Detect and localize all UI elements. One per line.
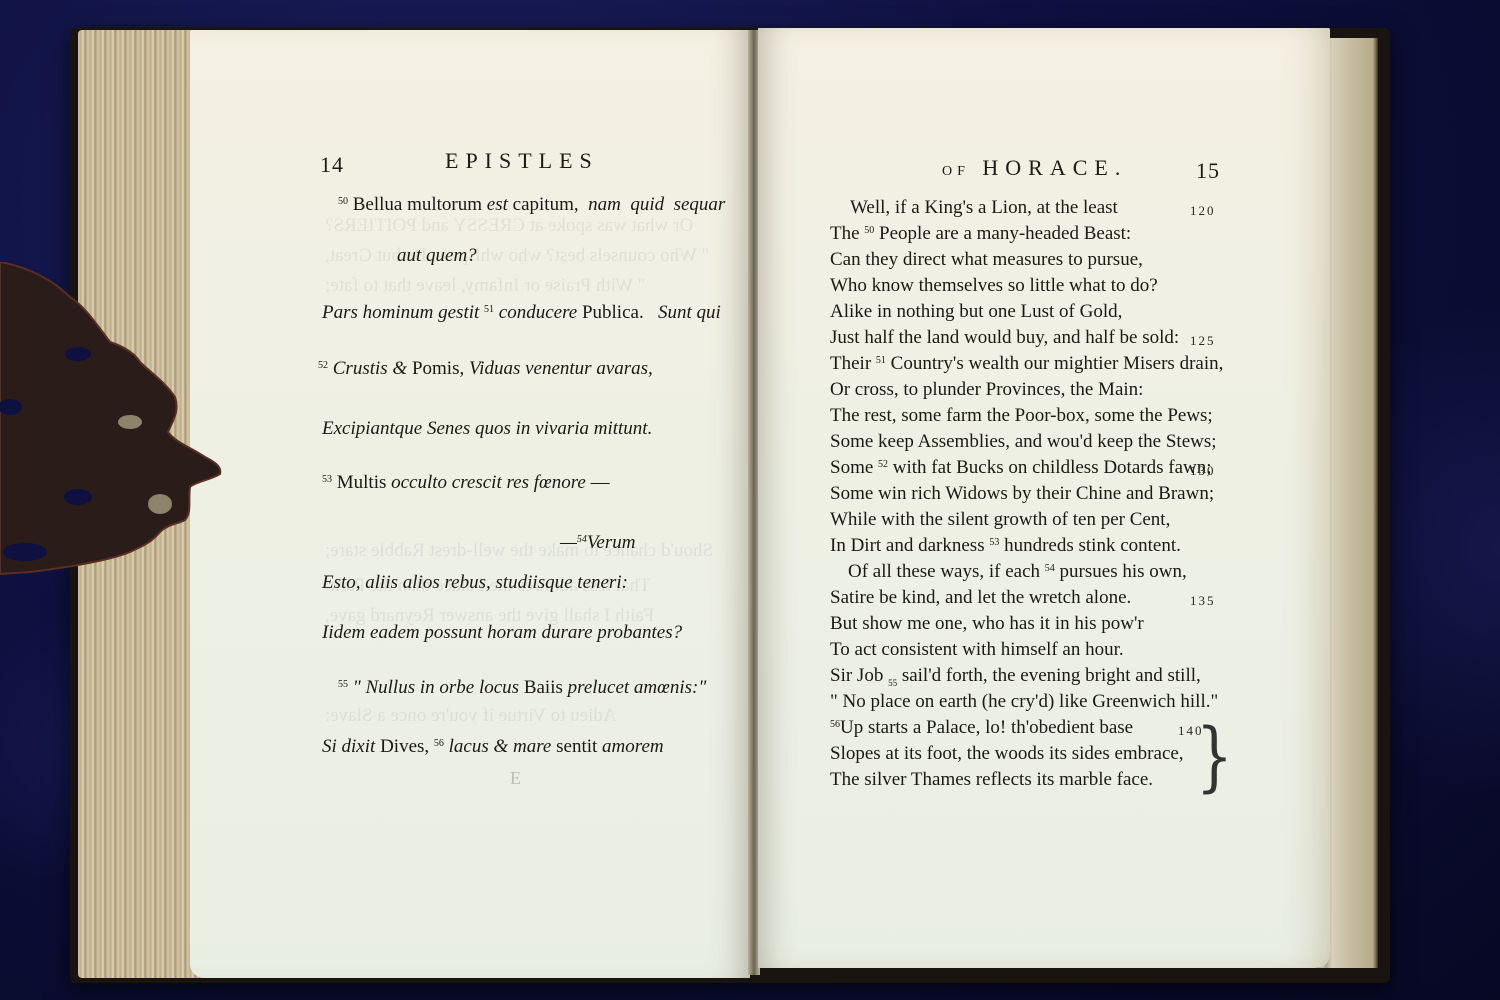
verse-line: Or cross, to plunder Provinces, the Main… bbox=[830, 379, 1143, 401]
verse-line: Some 52 with fat Bucks on childless Dota… bbox=[830, 457, 1212, 479]
show-through-text: " Who counsels best? who whispers, Be bu… bbox=[325, 245, 709, 267]
latin-line: —54Verum bbox=[560, 532, 635, 554]
line-number: 120 bbox=[1190, 203, 1216, 219]
latin-line: Si dixit Dives, 56 lacus & mare sentit a… bbox=[322, 736, 664, 758]
latin-line: 53 Multis occulto crescit res fœnore — bbox=[322, 472, 610, 494]
show-through-text: " With Praise or Infamy, leave that to f… bbox=[325, 275, 645, 297]
verse-line: The silver Thames reflects its marble fa… bbox=[830, 769, 1153, 791]
line-number: 130 bbox=[1190, 463, 1216, 479]
verse-line: 56Up starts a Palace, lo! th'obedient ba… bbox=[830, 717, 1133, 739]
verse-line: Their 51 Country's wealth our mightier M… bbox=[830, 353, 1223, 375]
verse-line: " No place on earth (he cry'd) like Gree… bbox=[830, 691, 1218, 713]
right-folio: 15 bbox=[1196, 158, 1220, 184]
verse-line: Some keep Assemblies, and wou'd keep the… bbox=[830, 431, 1217, 453]
verse-line: Some win rich Widows by their Chine and … bbox=[830, 483, 1214, 505]
verse-line: Who know themselves so little what to do… bbox=[830, 275, 1158, 297]
verse-line: Slopes at its foot, the woods its sides … bbox=[830, 743, 1184, 765]
verse-line: But show me one, who has it in his pow'r bbox=[830, 613, 1144, 635]
verse-line: In Dirt and darkness 53 hundreds stink c… bbox=[830, 535, 1181, 557]
right-running-title: OF HORACE. bbox=[942, 155, 1127, 181]
show-through-text: Shou'd chance to make the well-drest Rab… bbox=[325, 540, 713, 562]
latin-line: aut quem? bbox=[397, 245, 477, 267]
latin-line: Esto, aliis alios rebus, studiisque tene… bbox=[322, 572, 628, 594]
latin-line: Excipiantque Senes quos in vivaria mittu… bbox=[322, 418, 652, 440]
verse-line: The 50 People are a many-headed Beast: bbox=[830, 223, 1131, 245]
left-folio: 14 bbox=[320, 152, 344, 178]
line-number: 135 bbox=[1190, 593, 1216, 609]
verse-line: Satire be kind, and let the wretch alone… bbox=[830, 587, 1131, 609]
latin-line: 55 " Nullus in orbe locus Baiis prelucet… bbox=[338, 677, 706, 699]
show-through-text: Or what was spoke at CRESSY and POITIERS… bbox=[325, 215, 693, 237]
metal-page-weight bbox=[0, 262, 230, 582]
verse-line: The rest, some farm the Poor-box, some t… bbox=[830, 405, 1213, 427]
latin-line: Pars hominum gestit 51 conducere Publica… bbox=[322, 302, 721, 324]
latin-line: 52 Crustis & Pomis, Viduas venentur avar… bbox=[318, 358, 653, 380]
left-running-title: EPISTLES bbox=[445, 148, 599, 174]
latin-line: 50 Bellua multorum est capitum, nam quid… bbox=[338, 194, 725, 216]
verse-line: Just half the land would buy, and half b… bbox=[830, 327, 1179, 349]
show-through-text: Adieu to Virtue if you're once a Slave: bbox=[325, 705, 617, 727]
verse-line: Of all these ways, if each 54 pursues hi… bbox=[848, 561, 1187, 583]
verse-line: Well, if a King's a Lion, at the least bbox=[850, 197, 1118, 219]
verse-line: Sir Job 55 sail'd forth, the evening bri… bbox=[830, 665, 1201, 688]
handwritten-brace: } bbox=[1196, 712, 1233, 800]
latin-line: Iidem eadem possunt horam durare probant… bbox=[322, 622, 682, 644]
verse-line: To act consistent with himself an hour. bbox=[830, 639, 1124, 661]
signature-mark: E bbox=[510, 768, 521, 789]
line-number: 125 bbox=[1190, 333, 1216, 349]
verse-line: Can they direct what measures to pursue, bbox=[830, 249, 1143, 271]
verse-line: Alike in nothing but one Lust of Gold, bbox=[830, 301, 1122, 323]
verse-line: While with the silent growth of ten per … bbox=[830, 509, 1170, 531]
